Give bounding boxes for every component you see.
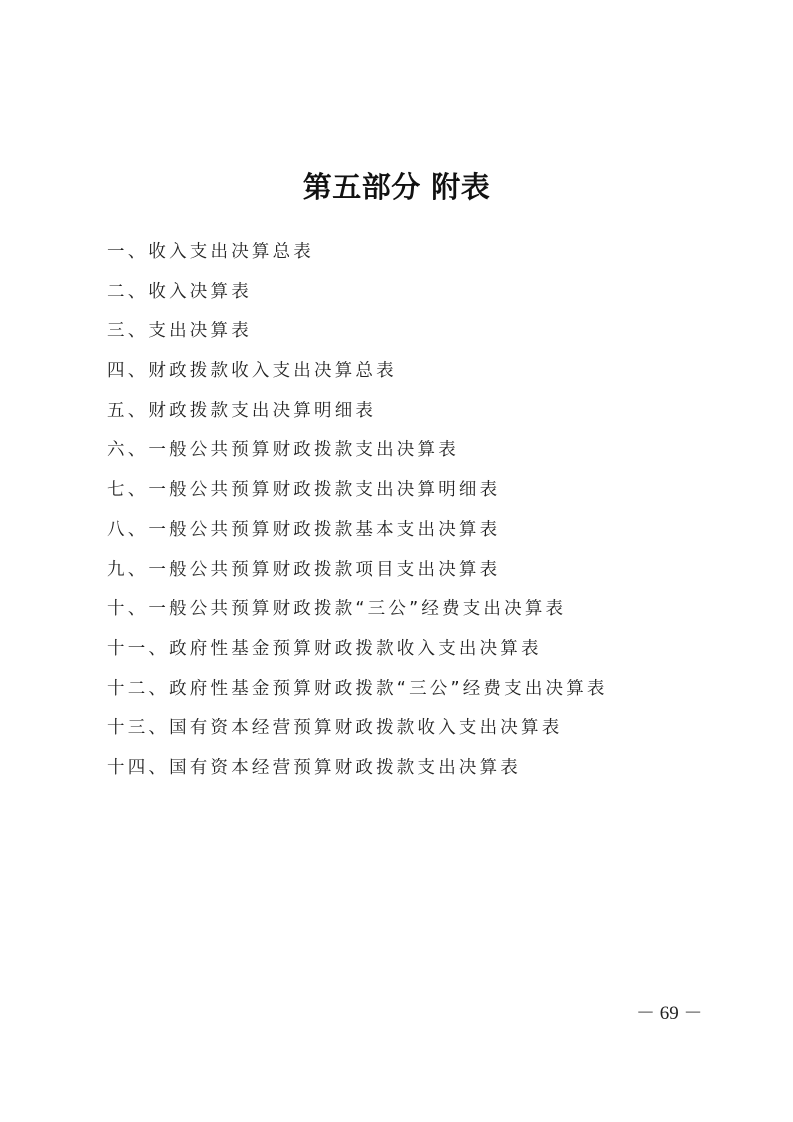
list-item: 十三、国有资本经营预算财政拨款收入支出决算表: [107, 712, 608, 752]
page-number: － 69 －: [636, 1002, 703, 1026]
list-item: 四、财政拨款收入支出决算总表: [107, 355, 608, 395]
list-item: 十一、政府性基金预算财政拨款收入支出决算表: [107, 633, 608, 673]
list-item: 二、收入决算表: [107, 276, 608, 316]
list-item: 六、一般公共预算财政拨款支出决算表: [107, 434, 608, 474]
list-item: 三、支出决算表: [107, 315, 608, 355]
page-title: 第五部分 附表: [0, 167, 793, 207]
list-item: 九、一般公共预算财政拨款项目支出决算表: [107, 554, 608, 594]
list-item: 八、一般公共预算财政拨款基本支出决算表: [107, 514, 608, 554]
list-item: 十二、政府性基金预算财政拨款“三公”经费支出决算表: [107, 673, 608, 713]
list-item: 十四、国有资本经营预算财政拨款支出决算表: [107, 752, 608, 792]
list-item: 一、收入支出决算总表: [107, 236, 608, 276]
appendix-table-list: 一、收入支出决算总表 二、收入决算表 三、支出决算表 四、财政拨款收入支出决算总…: [107, 236, 608, 792]
list-item: 十、一般公共预算财政拨款“三公”经费支出决算表: [107, 593, 608, 633]
list-item: 五、财政拨款支出决算明细表: [107, 395, 608, 435]
list-item: 七、一般公共预算财政拨款支出决算明细表: [107, 474, 608, 514]
